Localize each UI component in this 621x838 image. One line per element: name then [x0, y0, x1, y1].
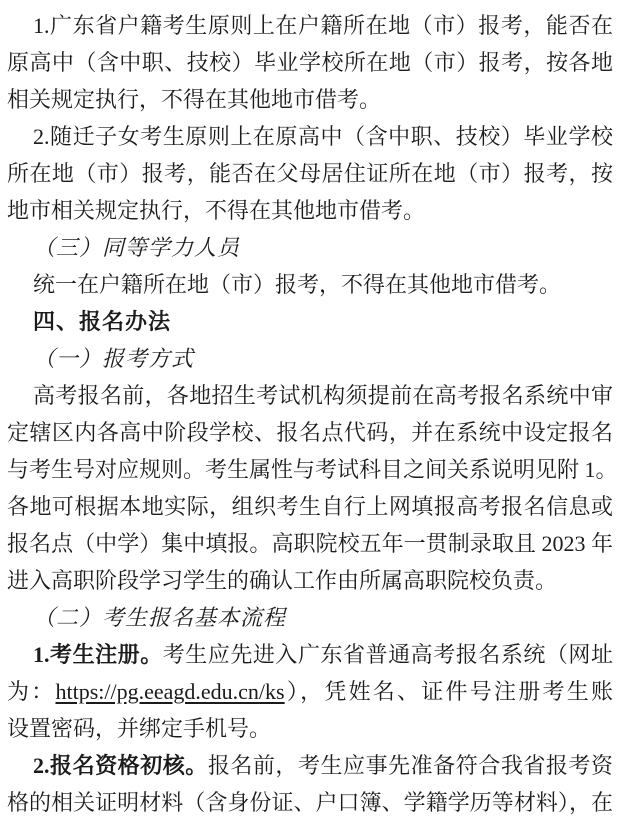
step1-line3: 设置密码，并绑定手机号。	[7, 710, 613, 747]
text-run: 与考生号对应规则。考生属性与考试科目之间关系说明见附 1。	[7, 457, 613, 482]
heading-section4-label: 四、报名办法	[33, 309, 171, 334]
text-run: 地市相关规定执行，不得在其他地市借考。	[7, 198, 425, 223]
text-run: 进入高职阶段学习学生的确认工作由所属高职院校负责。	[7, 568, 557, 593]
heading-equivalent-education: （三）同等学力人员	[7, 229, 613, 266]
heading-section4-registration-method: 四、报名办法	[7, 303, 613, 340]
document-page: 1.广东省户籍考生原则上在户籍所在地（市）报考，能否在原高中（含中职、技校）毕业…	[0, 0, 621, 838]
heading-registration-process-label: （二）考生报名基本流程	[33, 605, 286, 630]
para-mode-line6: 进入高职阶段学习学生的确认工作由所属高职院校负责。	[7, 562, 613, 599]
text-run: 相关规定执行，不得在其他地市借考。	[7, 87, 381, 112]
para-suiqian-line2: 所在地（市）报考，能否在父母居住证所在地（市）报考，按各	[7, 155, 613, 192]
para-suiqian-line3: 地市相关规定执行，不得在其他地市借考。	[7, 192, 613, 229]
para-mode-line4: 各地可根据本地实际，组织考生自行上网填报高考报名信息或在	[7, 488, 613, 525]
text-run: 为：	[7, 679, 55, 704]
text-run: 高考报名前，各地招生考试机构须提前在高考报名系统中审	[33, 383, 613, 408]
heading-equivalent-education-label: （三）同等学力人员	[33, 235, 240, 260]
text-run: 1.广东省户籍考生原则上在户籍所在地（市）报考，能否在	[33, 13, 613, 38]
step2-line1: 2.报名资格初核。报名前，考生应事先准备符合我省报考资	[7, 747, 613, 784]
para-mode-line2: 定辖区内各高中阶段学校、报名点代码，并在系统中设定报名点	[7, 414, 613, 451]
step2-line2: 格的相关证明材料（含身份证、户口簿、学籍学历等材料），在	[7, 784, 613, 821]
text-run: 原高中（含中职、技校）毕业学校所在地（市）报考，按各地市	[7, 50, 613, 81]
para-hukou-line1: 1.广东省户籍考生原则上在户籍所在地（市）报考，能否在	[7, 7, 613, 44]
para-suiqian-line1: 2.随迁子女考生原则上在原高中（含中职、技校）毕业学校	[7, 118, 613, 155]
step1-register-label: 1.考生注册。	[33, 642, 163, 667]
step2-qualification-label: 2.报名资格初核。	[33, 753, 208, 778]
registration-url-link[interactable]: https://pg.eeagd.edu.cn/ks	[55, 679, 284, 704]
text-run: 定辖区内各高中阶段学校、报名点代码，并在系统中设定报名点	[7, 420, 613, 451]
para-mode-line1: 高考报名前，各地招生考试机构须提前在高考报名系统中审	[7, 377, 613, 414]
heading-application-mode-label: （一）报考方式	[33, 346, 194, 371]
para-mode-line3: 与考生号对应规则。考生属性与考试科目之间关系说明见附 1。	[7, 451, 613, 488]
heading-registration-process: （二）考生报名基本流程	[7, 599, 613, 636]
text-run: 格的相关证明材料（含身份证、户口簿、学籍学历等材料），在	[7, 790, 613, 815]
text-run: 报名前，考生应事先准备符合我省报考资	[208, 753, 613, 778]
text-run: 2.随迁子女考生原则上在原高中（含中职、技校）毕业学校	[33, 124, 613, 149]
text-run: 报名点（中学）集中填报。高职院校五年一贯制录取且 2023 年	[7, 531, 613, 556]
para-equivalent-line1: 统一在户籍所在地（市）报考，不得在其他地市借考。	[7, 266, 613, 303]
para-mode-line5: 报名点（中学）集中填报。高职院校五年一贯制录取且 2023 年	[7, 525, 613, 562]
text-run: 统一在户籍所在地（市）报考，不得在其他地市借考。	[33, 272, 561, 297]
step1-line2: 为：https://pg.eeagd.edu.cn/ks），凭姓名、证件号注册考…	[7, 673, 613, 710]
step1-line1: 1.考生注册。考生应先进入广东省普通高考报名系统（网址	[7, 636, 613, 673]
para-hukou-line3: 相关规定执行，不得在其他地市借考。	[7, 81, 613, 118]
document-body: 1.广东省户籍考生原则上在户籍所在地（市）报考，能否在原高中（含中职、技校）毕业…	[7, 7, 613, 821]
heading-application-mode: （一）报考方式	[7, 340, 613, 377]
para-hukou-line2: 原高中（含中职、技校）毕业学校所在地（市）报考，按各地市	[7, 44, 613, 81]
text-run: 所在地（市）报考，能否在父母居住证所在地（市）报考，按各	[7, 161, 613, 192]
text-run: 设置密码，并绑定手机号。	[7, 716, 271, 741]
text-run: 考生应先进入广东省普通高考报名系统（网址	[163, 642, 613, 667]
text-run: 各地可根据本地实际，组织考生自行上网填报高考报名信息或在	[7, 494, 613, 525]
